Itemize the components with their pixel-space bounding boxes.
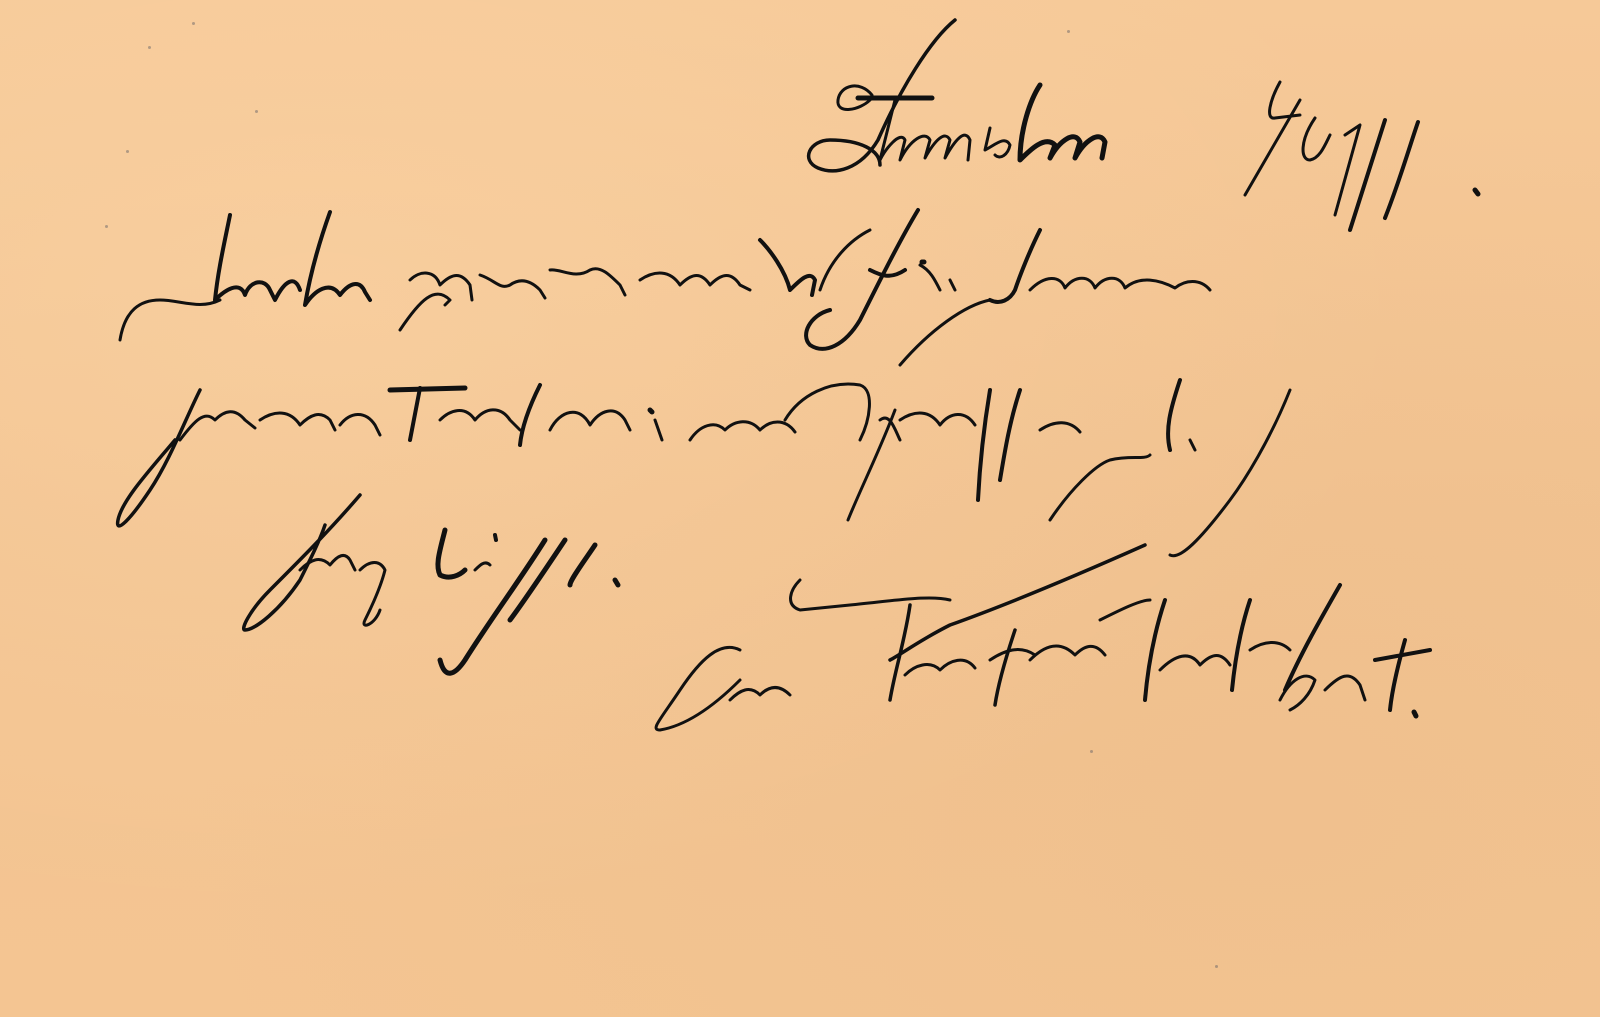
header-handwriting	[809, 20, 1478, 230]
body-line-1-handwriting	[120, 210, 1210, 365]
handwriting-ink	[0, 0, 1600, 1017]
signature-handwriting	[656, 545, 1430, 730]
postcard: Stanislau 4/5 95. Danke vielmals für Dei…	[0, 0, 1600, 1017]
body-line-3-handwriting	[244, 495, 618, 673]
body-line-2-handwriting	[118, 380, 1290, 556]
